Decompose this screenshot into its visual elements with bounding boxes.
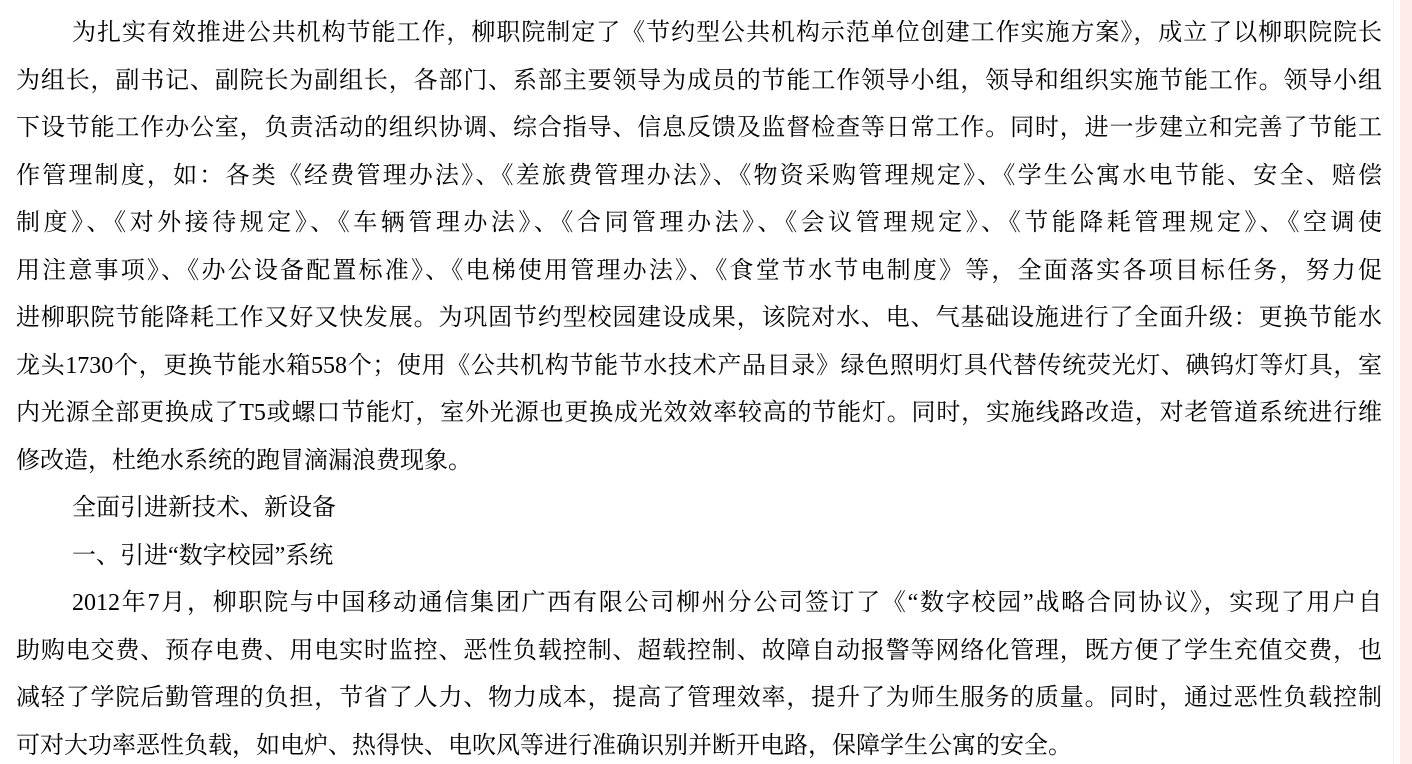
paragraph-last-line: 可对大功率恶性负载，如电炉、热得快、电吹风等进行准确识别并断开电路，保障学生公寓…	[16, 723, 1382, 764]
paragraph-line: 制度》、《对外接待规定》、《车辆管理办法》、《合同管理办法》、《会议管理规定》、…	[16, 200, 1382, 248]
document-page: 为扎实有效推进公共机构节能工作，柳职院制定了《节约型公共机构示范单位创建工作实施…	[16, 10, 1382, 764]
paragraph-line: 助购电交费、预存电费、用电实时监控、恶性负载控制、超载控制、故障自动报警等网络化…	[16, 628, 1382, 676]
paragraph-line: 减轻了学院后勤管理的负担，节省了人力、物力成本，提高了管理效率，提升了为师生服务…	[16, 675, 1382, 723]
paragraph-line: 用注意事项》、《办公设备配置标准》、《电梯使用管理办法》、《食堂节水节电制度》等…	[16, 248, 1382, 296]
paragraph-line: 作管理制度，如：各类《经费管理办法》、《差旅费管理办法》、《物资采购管理规定》、…	[16, 153, 1382, 201]
section-heading: 全面引进新技术、新设备	[16, 485, 1382, 533]
paragraph-line: 下设节能工作办公室，负责活动的组织协调、综合指导、信息反馈及监督检查等日常工作。…	[16, 105, 1382, 153]
paragraph-line: 为组长，副书记、副院长为副组长，各部门、系部主要领导为成员的节能工作领导小组，领…	[16, 58, 1382, 106]
paragraph-line: 龙头1730个，更换节能水箱558个；使用《公共机构节能节水技术产品目录》绿色照…	[16, 343, 1382, 391]
paragraph-last-line: 修改造，杜绝水系统的跑冒滴漏浪费现象。	[16, 438, 1382, 486]
paragraph-line: 内光源全部更换成了T5或螺口节能灯，室外光源也更换成光效效率较高的节能灯。同时，…	[16, 390, 1382, 438]
section-subheading: 一、引进“数字校园”系统	[16, 533, 1382, 581]
paragraph-line: 进柳职院节能降耗工作又好又快发展。为巩固节约型校园建设成果，该院对水、电、气基础…	[16, 295, 1382, 343]
window-side-strip	[1400, 0, 1412, 764]
paragraph-first-line: 2012年7月，柳职院与中国移动通信集团广西有限公司柳州分公司签订了《“数字校园…	[16, 580, 1382, 628]
page-edge-divider	[1393, 0, 1394, 764]
paragraph-first-line: 为扎实有效推进公共机构节能工作，柳职院制定了《节约型公共机构示范单位创建工作实施…	[16, 10, 1382, 58]
